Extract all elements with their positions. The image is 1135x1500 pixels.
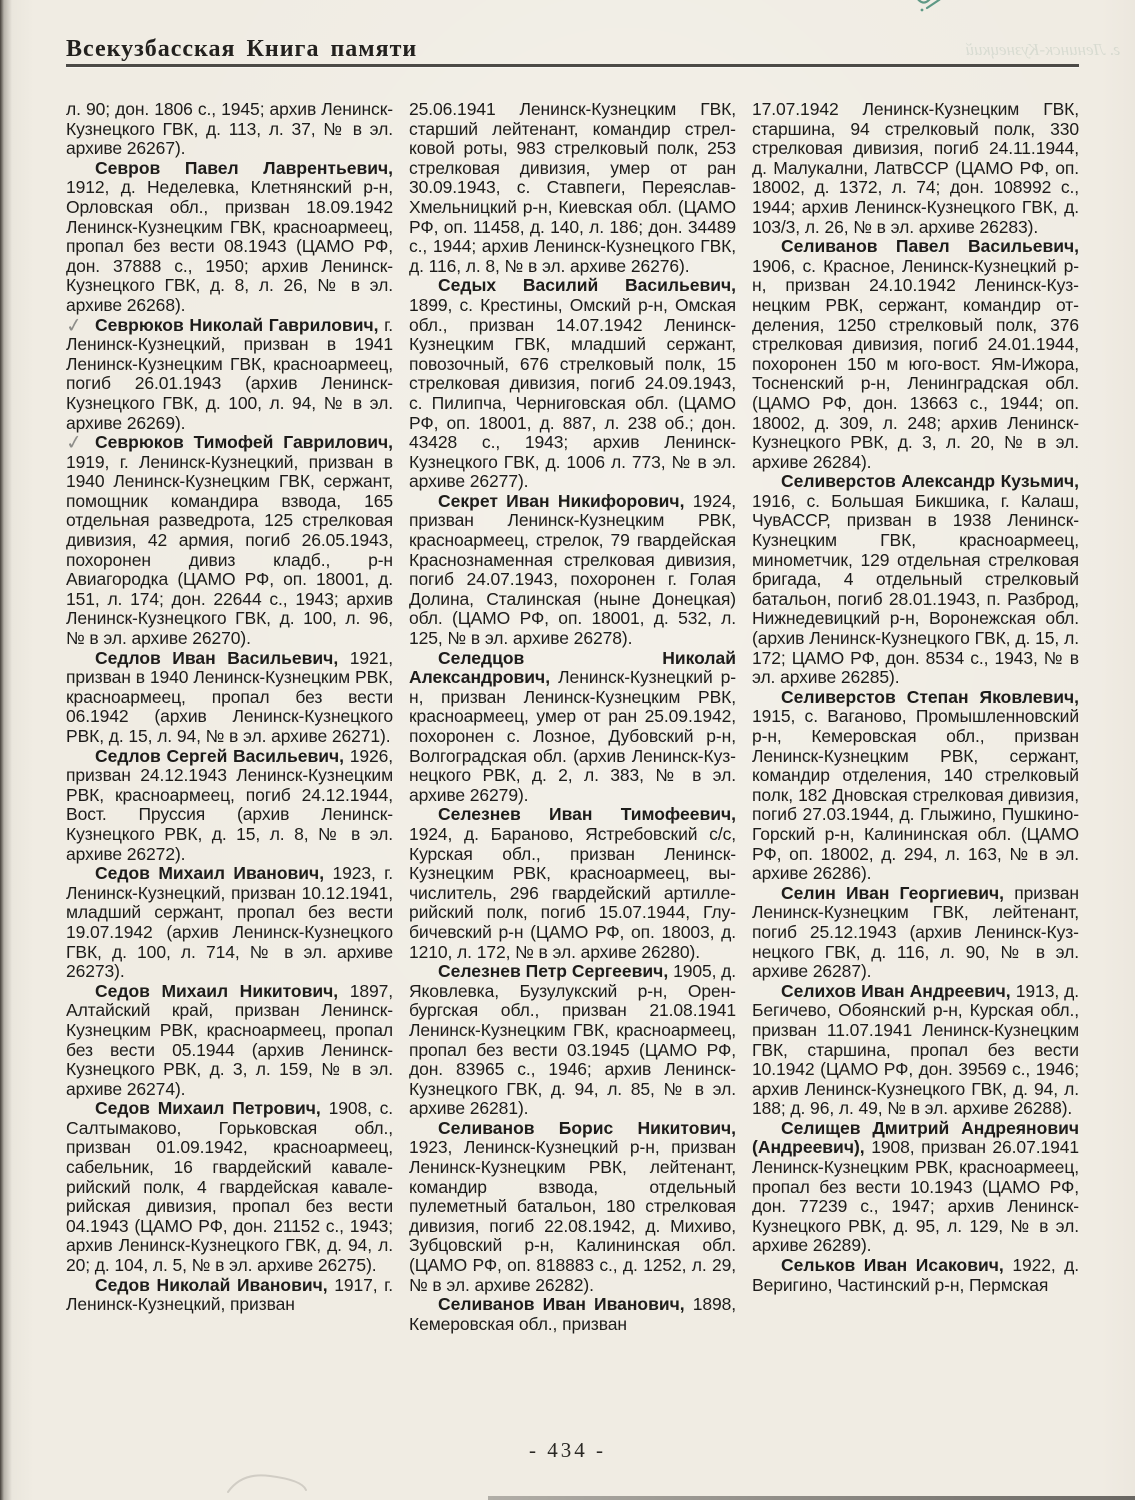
header-rule xyxy=(66,64,1079,67)
pencil-checkmark: ✓ xyxy=(65,433,84,455)
entry-name: Селезнев Петр Сергеевич, xyxy=(438,961,673,981)
book-spine-shadow xyxy=(0,0,12,1500)
page-bottom-edge xyxy=(488,1496,1135,1500)
text-columns: л. 90; дон. 1806 с., 1945; архив Ле­нинс… xyxy=(66,100,1079,1334)
entry-name: Селиванов Борис Никитович, xyxy=(438,1118,736,1138)
memorial-entry: Селедцов Николай Александрович, Ленинск-… xyxy=(409,649,736,806)
memorial-entry: Седлов Сергей Васильевич, 1926, призван … xyxy=(66,747,393,865)
memorial-entry: Севров Павел Лаврентьевич, 1912, д. Неде… xyxy=(66,159,393,316)
memorial-entry: Сельков Иван Исакович, 1922, д. Веригино… xyxy=(752,1256,1079,1295)
entry-name: Седлов Иван Васильевич, xyxy=(95,648,350,668)
entry-name: Селезнев Иван Тимофеевич, xyxy=(438,804,736,824)
memorial-entry: Селихов Иван Андреевич, 1913, д. Бегичев… xyxy=(752,982,1079,1119)
entry-name: Седлов Сергей Васильевич, xyxy=(95,746,350,766)
pencil-checkmark: ✓ xyxy=(65,315,84,337)
entry-name: Сельков Иван Исакович, xyxy=(781,1255,1012,1275)
book-page: { "page": { "title": "Всекузбасская Книг… xyxy=(0,0,1135,1500)
column-2: 25.06.1941 Ленинск-Кузнецким ГВК, старши… xyxy=(409,100,736,1334)
entry-name: Селихов Иван Андреевич, xyxy=(781,981,1016,1001)
memorial-entry: Селиванов Борис Никитович, 1923, Ленинск… xyxy=(409,1119,736,1295)
memorial-entry: Седов Николай Иванович, 1917, г. Ленинск… xyxy=(66,1276,393,1315)
entry-name: Седов Михаил Никитович, xyxy=(95,981,350,1001)
bleed-through-text: г. Ленинск-Кузнецкий xyxy=(760,40,1120,60)
memorial-entry: ✓Севрюков Николай Гаврилович, г. Ленинск… xyxy=(66,316,393,434)
entry-name: Седов Михаил Петрович, xyxy=(95,1098,329,1118)
memorial-entry: Седов Михаил Никитович, 1897, Алтайский … xyxy=(66,982,393,1100)
page-title: Всекузбасская Книга памяти xyxy=(66,36,417,62)
memorial-entry: Седов Михаил Петрович, 1908, с. Салтымак… xyxy=(66,1099,393,1275)
memorial-entry: л. 90; дон. 1806 с., 1945; архив Ле­нинс… xyxy=(66,100,393,159)
entry-name: Севрюков Тимофей Гаврилович, xyxy=(95,432,393,452)
entry-name: Селиверстов Степан Яковлевич, xyxy=(781,687,1079,707)
memorial-entry: Седых Василий Васильевич, 1899, с. Крест… xyxy=(409,276,736,492)
entry-name: Севрюков Николай Гаврилович, xyxy=(95,315,384,335)
entry-name: Секрет Иван Никифорович, xyxy=(438,491,693,511)
memorial-entry: Селезнев Иван Тимофеевич, 1924, д. Баран… xyxy=(409,805,736,962)
entry-name: Селин Иван Георгиевич, xyxy=(781,883,1014,903)
memorial-entry: Селиванов Павел Васильевич, 1906, с. Кра… xyxy=(752,237,1079,472)
memorial-entry: Селин Иван Георгиевич, призван Ленинск-К… xyxy=(752,884,1079,982)
entry-name: Селиверстов Александр Кузьмич, xyxy=(781,471,1079,491)
entry-name: Седов Николай Иванович, xyxy=(95,1275,334,1295)
memorial-entry: 17.07.1942 Ленинск-Кузнецким ГВК, старши… xyxy=(752,100,1079,237)
memorial-entry: Селиванов Иван Иванович, 1898, Кемеровск… xyxy=(409,1295,736,1334)
memorial-entry: Селищев Дмитрий Андреянович (Андреевич),… xyxy=(752,1119,1079,1256)
memorial-entry: ✓Севрюков Тимофей Гаврилович, 1919, г. Л… xyxy=(66,433,393,649)
memorial-entry: Секрет Иван Никифорович, 1924, призван Л… xyxy=(409,492,736,649)
ink-mark xyxy=(913,0,947,16)
memorial-entry: Седов Михаил Иванович, 1923, г. Ленинск-… xyxy=(66,864,393,982)
memorial-entry: Селиверстов Александр Кузьмич, 1916, с. … xyxy=(752,472,1079,688)
pencil-smudge xyxy=(222,1466,312,1500)
entry-name: Седых Василий Васильевич, xyxy=(438,275,736,295)
entry-name: Севров Павел Лаврентьевич, xyxy=(95,158,393,178)
column-1: л. 90; дон. 1806 с., 1945; архив Ле­нинс… xyxy=(66,100,393,1334)
memorial-entry: Седлов Иван Васильевич, 1921, призван в … xyxy=(66,649,393,747)
column-3: 17.07.1942 Ленинск-Кузнецким ГВК, старши… xyxy=(752,100,1079,1334)
memorial-entry: Селиверстов Степан Яковлевич, 1915, с. В… xyxy=(752,688,1079,884)
entry-name: Селедцов Николай Александрович, xyxy=(409,648,736,688)
memorial-entry: 25.06.1941 Ленинск-Кузнецким ГВК, старши… xyxy=(409,100,736,276)
page-number: - 434 - xyxy=(0,1438,1135,1463)
memorial-entry: Селезнев Петр Сергеевич, 1905, д. Яковле… xyxy=(409,962,736,1119)
entry-name: Селиванов Иван Иванович, xyxy=(438,1294,693,1314)
entry-name: Седов Михаил Иванович, xyxy=(95,863,332,883)
entry-name: Селищев Дмитрий Андреянович (Андреевич), xyxy=(752,1118,1079,1158)
entry-name: Селиванов Павел Васильевич, xyxy=(781,236,1079,256)
